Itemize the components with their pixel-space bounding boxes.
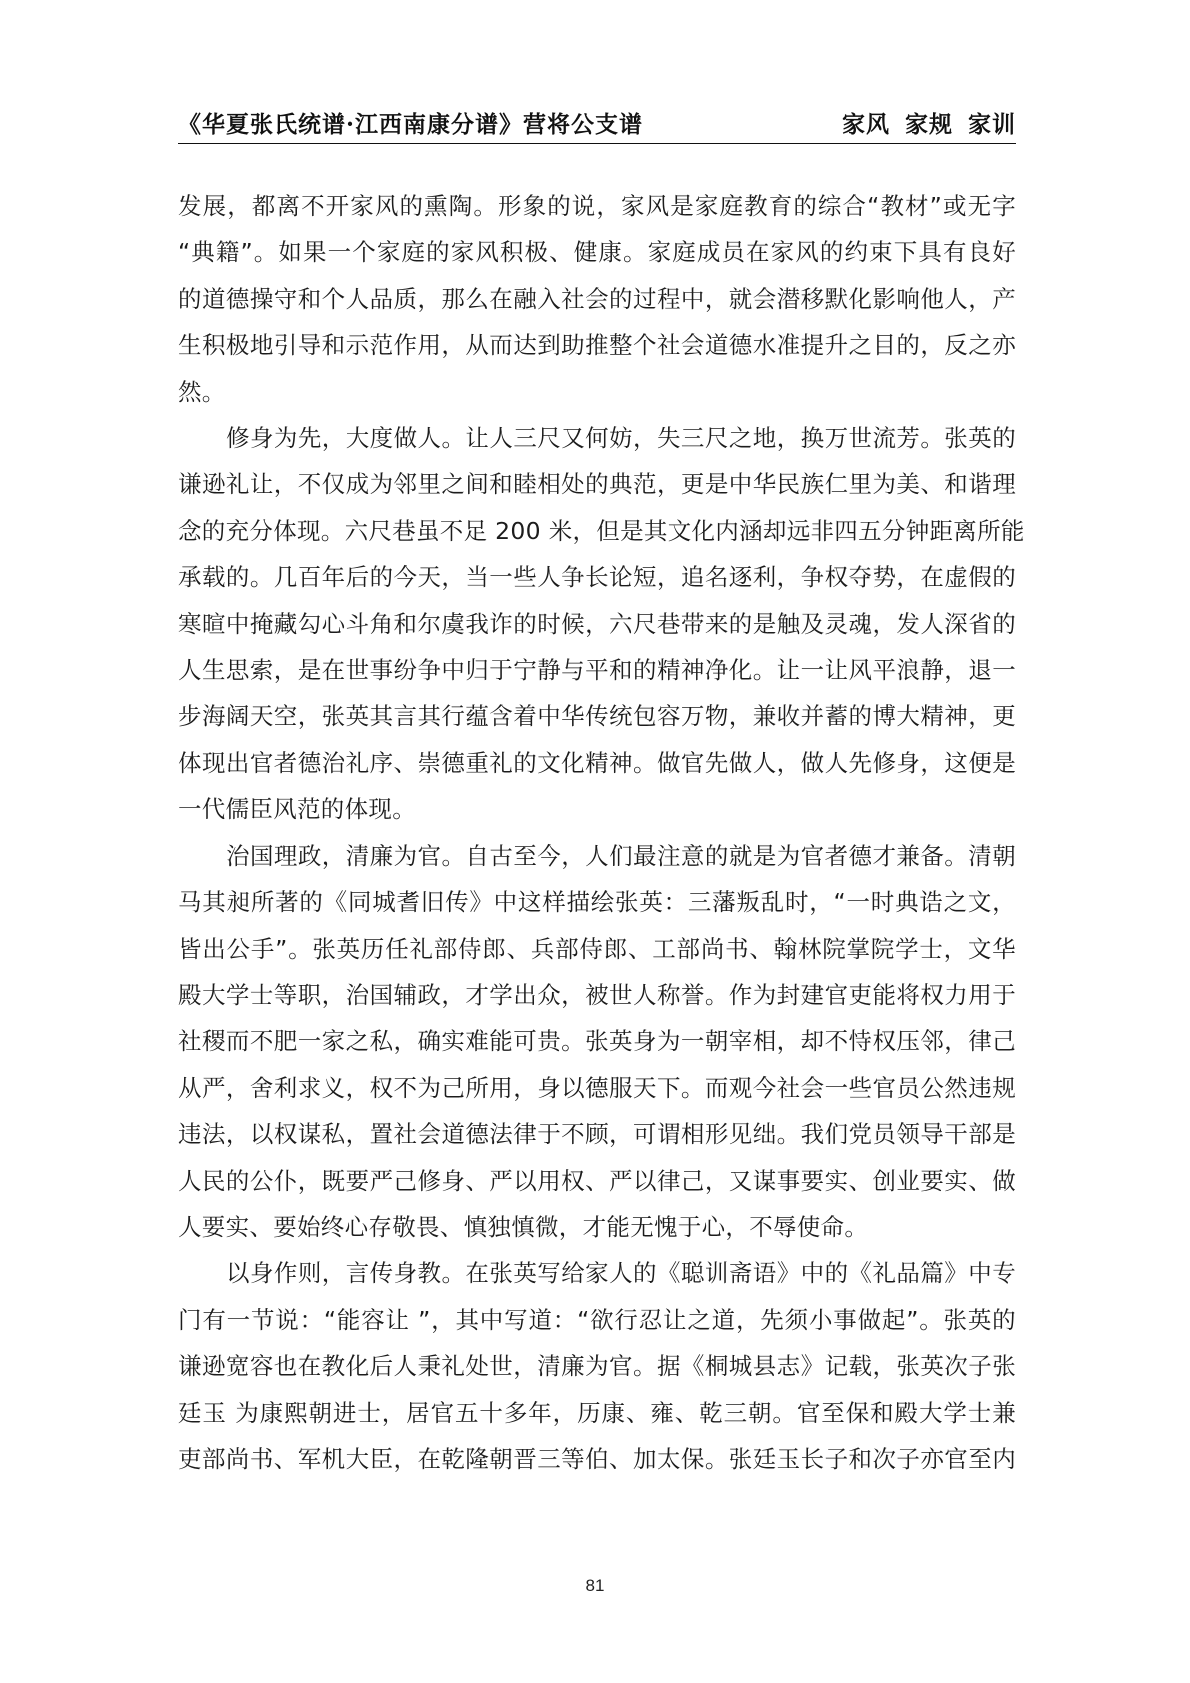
text-line: 人民的公仆，既要严己修身、严以用权、严以律己，又谋事要实、创业要实、做	[178, 1158, 1016, 1204]
text-line: 的道德操守和个人品质，那么在融入社会的过程中，就会潜移默化影响他人，产	[178, 276, 1016, 322]
text-line: 体现出官者德治礼序、崇德重礼的文化精神。做官先做人，做人先修身，这便是	[178, 740, 1016, 786]
text-line: 然。	[178, 369, 1016, 415]
header-book-title: 《华夏张氏统谱·江西南康分谱》营将公支谱	[178, 111, 643, 139]
text-line: 人生思索，是在世事纷争中归于宁静与平和的精神净化。让一让风平浪静，退一	[178, 647, 1016, 693]
text-line: 念的充分体现。六尺巷虽不足 200 米，但是其文化内涵却远非四五分钟距离所能	[178, 508, 1016, 554]
text-line: 步海阔天空，张英其言其行蕴含着中华传统包容万物，兼收并蓄的博大精神，更	[178, 693, 1016, 739]
text-line: 廷玉 为康熙朝进士，居官五十多年，历康、雍、乾三朝。官至保和殿大学士兼	[178, 1390, 1016, 1436]
text-line: 以身作则，言传身教。在张英写给家人的《聪训斋语》中的《礼品篇》中专	[178, 1250, 1016, 1296]
body-text: 发展，都离不开家风的熏陶。形象的说，家风是家庭教育的综合“教材”或无字 “典籍”…	[178, 183, 1016, 1482]
text-line: 社稷而不肥一家之私，确实难能可贵。张英身为一朝宰相，却不恃权压邻，律己	[178, 1018, 1016, 1064]
text-line: 人要实、要始终心存敬畏、慎独慎微，才能无愧于心，不辱使命。	[178, 1204, 1016, 1250]
header-section-title: 家风 家规 家训	[842, 111, 1016, 139]
text-line: 谦逊宽容也在教化后人秉礼处世，清廉为官。据《桐城县志》记载，张英次子张	[178, 1343, 1016, 1389]
text-line: 马其昶所著的《同城耆旧传》中这样描绘张英：三藩叛乱时，“一时典诰之文，	[178, 879, 1016, 925]
text-line: 门有一节说：“能容让 ”，其中写道：“欲行忍让之道，先须小事做起”。张英的	[178, 1297, 1016, 1343]
text-line: 生积极地引导和示范作用，从而达到助推整个社会道德水准提升之目的，反之亦	[178, 322, 1016, 368]
paragraph-4: 以身作则，言传身教。在张英写给家人的《聪训斋语》中的《礼品篇》中专 门有一节说：…	[178, 1250, 1016, 1482]
text-line: “典籍”。如果一个家庭的家风积极、健康。家庭成员在家风的约束下具有良好	[178, 229, 1016, 275]
text-line: 从严，舍利求义，权不为己所用，身以德服天下。而观今社会一些官员公然违规	[178, 1065, 1016, 1111]
paragraph-3: 治国理政，清廉为官。自古至今，人们最注意的就是为官者德才兼备。清朝 马其昶所著的…	[178, 833, 1016, 1251]
page-number: 81	[0, 1576, 1190, 1596]
text-line: 一代儒臣风范的体现。	[178, 786, 1016, 832]
text-line: 寒暄中掩藏勾心斗角和尔虞我诈的时候，六尺巷带来的是触及灵魂，发人深省的	[178, 601, 1016, 647]
text-line: 吏部尚书、军机大臣，在乾隆朝晋三等伯、加太保。张廷玉长子和次子亦官至内	[178, 1436, 1016, 1482]
text-line: 修身为先，大度做人。让人三尺又何妨，失三尺之地，换万世流芳。张英的	[178, 415, 1016, 461]
text-line: 谦逊礼让，不仅成为邻里之间和睦相处的典范，更是中华民族仁里为美、和谐理	[178, 461, 1016, 507]
text-line: 皆出公手”。张英历任礼部侍郎、兵部侍郎、工部尚书、翰林院掌院学士，文华	[178, 926, 1016, 972]
text-line: 承载的。几百年后的今天，当一些人争长论短，追名逐利，争权夺势，在虚假的	[178, 554, 1016, 600]
paragraph-2: 修身为先，大度做人。让人三尺又何妨，失三尺之地，换万世流芳。张英的 谦逊礼让，不…	[178, 415, 1016, 833]
text-line: 违法，以权谋私，置社会道德法律于不顾，可谓相形见绌。我们党员领导干部是	[178, 1111, 1016, 1157]
document-page: 《华夏张氏统谱·江西南康分谱》营将公支谱 家风 家规 家训 发展，都离不开家风的…	[0, 0, 1190, 1683]
text-line: 发展，都离不开家风的熏陶。形象的说，家风是家庭教育的综合“教材”或无字	[178, 183, 1016, 229]
text-line: 殿大学士等职，治国辅政，才学出众，被世人称誉。作为封建官吏能将权力用于	[178, 972, 1016, 1018]
paragraph-1: 发展，都离不开家风的熏陶。形象的说，家风是家庭教育的综合“教材”或无字 “典籍”…	[178, 183, 1016, 415]
running-header: 《华夏张氏统谱·江西南康分谱》营将公支谱 家风 家规 家训	[178, 108, 1016, 144]
text-line: 治国理政，清廉为官。自古至今，人们最注意的就是为官者德才兼备。清朝	[178, 833, 1016, 879]
